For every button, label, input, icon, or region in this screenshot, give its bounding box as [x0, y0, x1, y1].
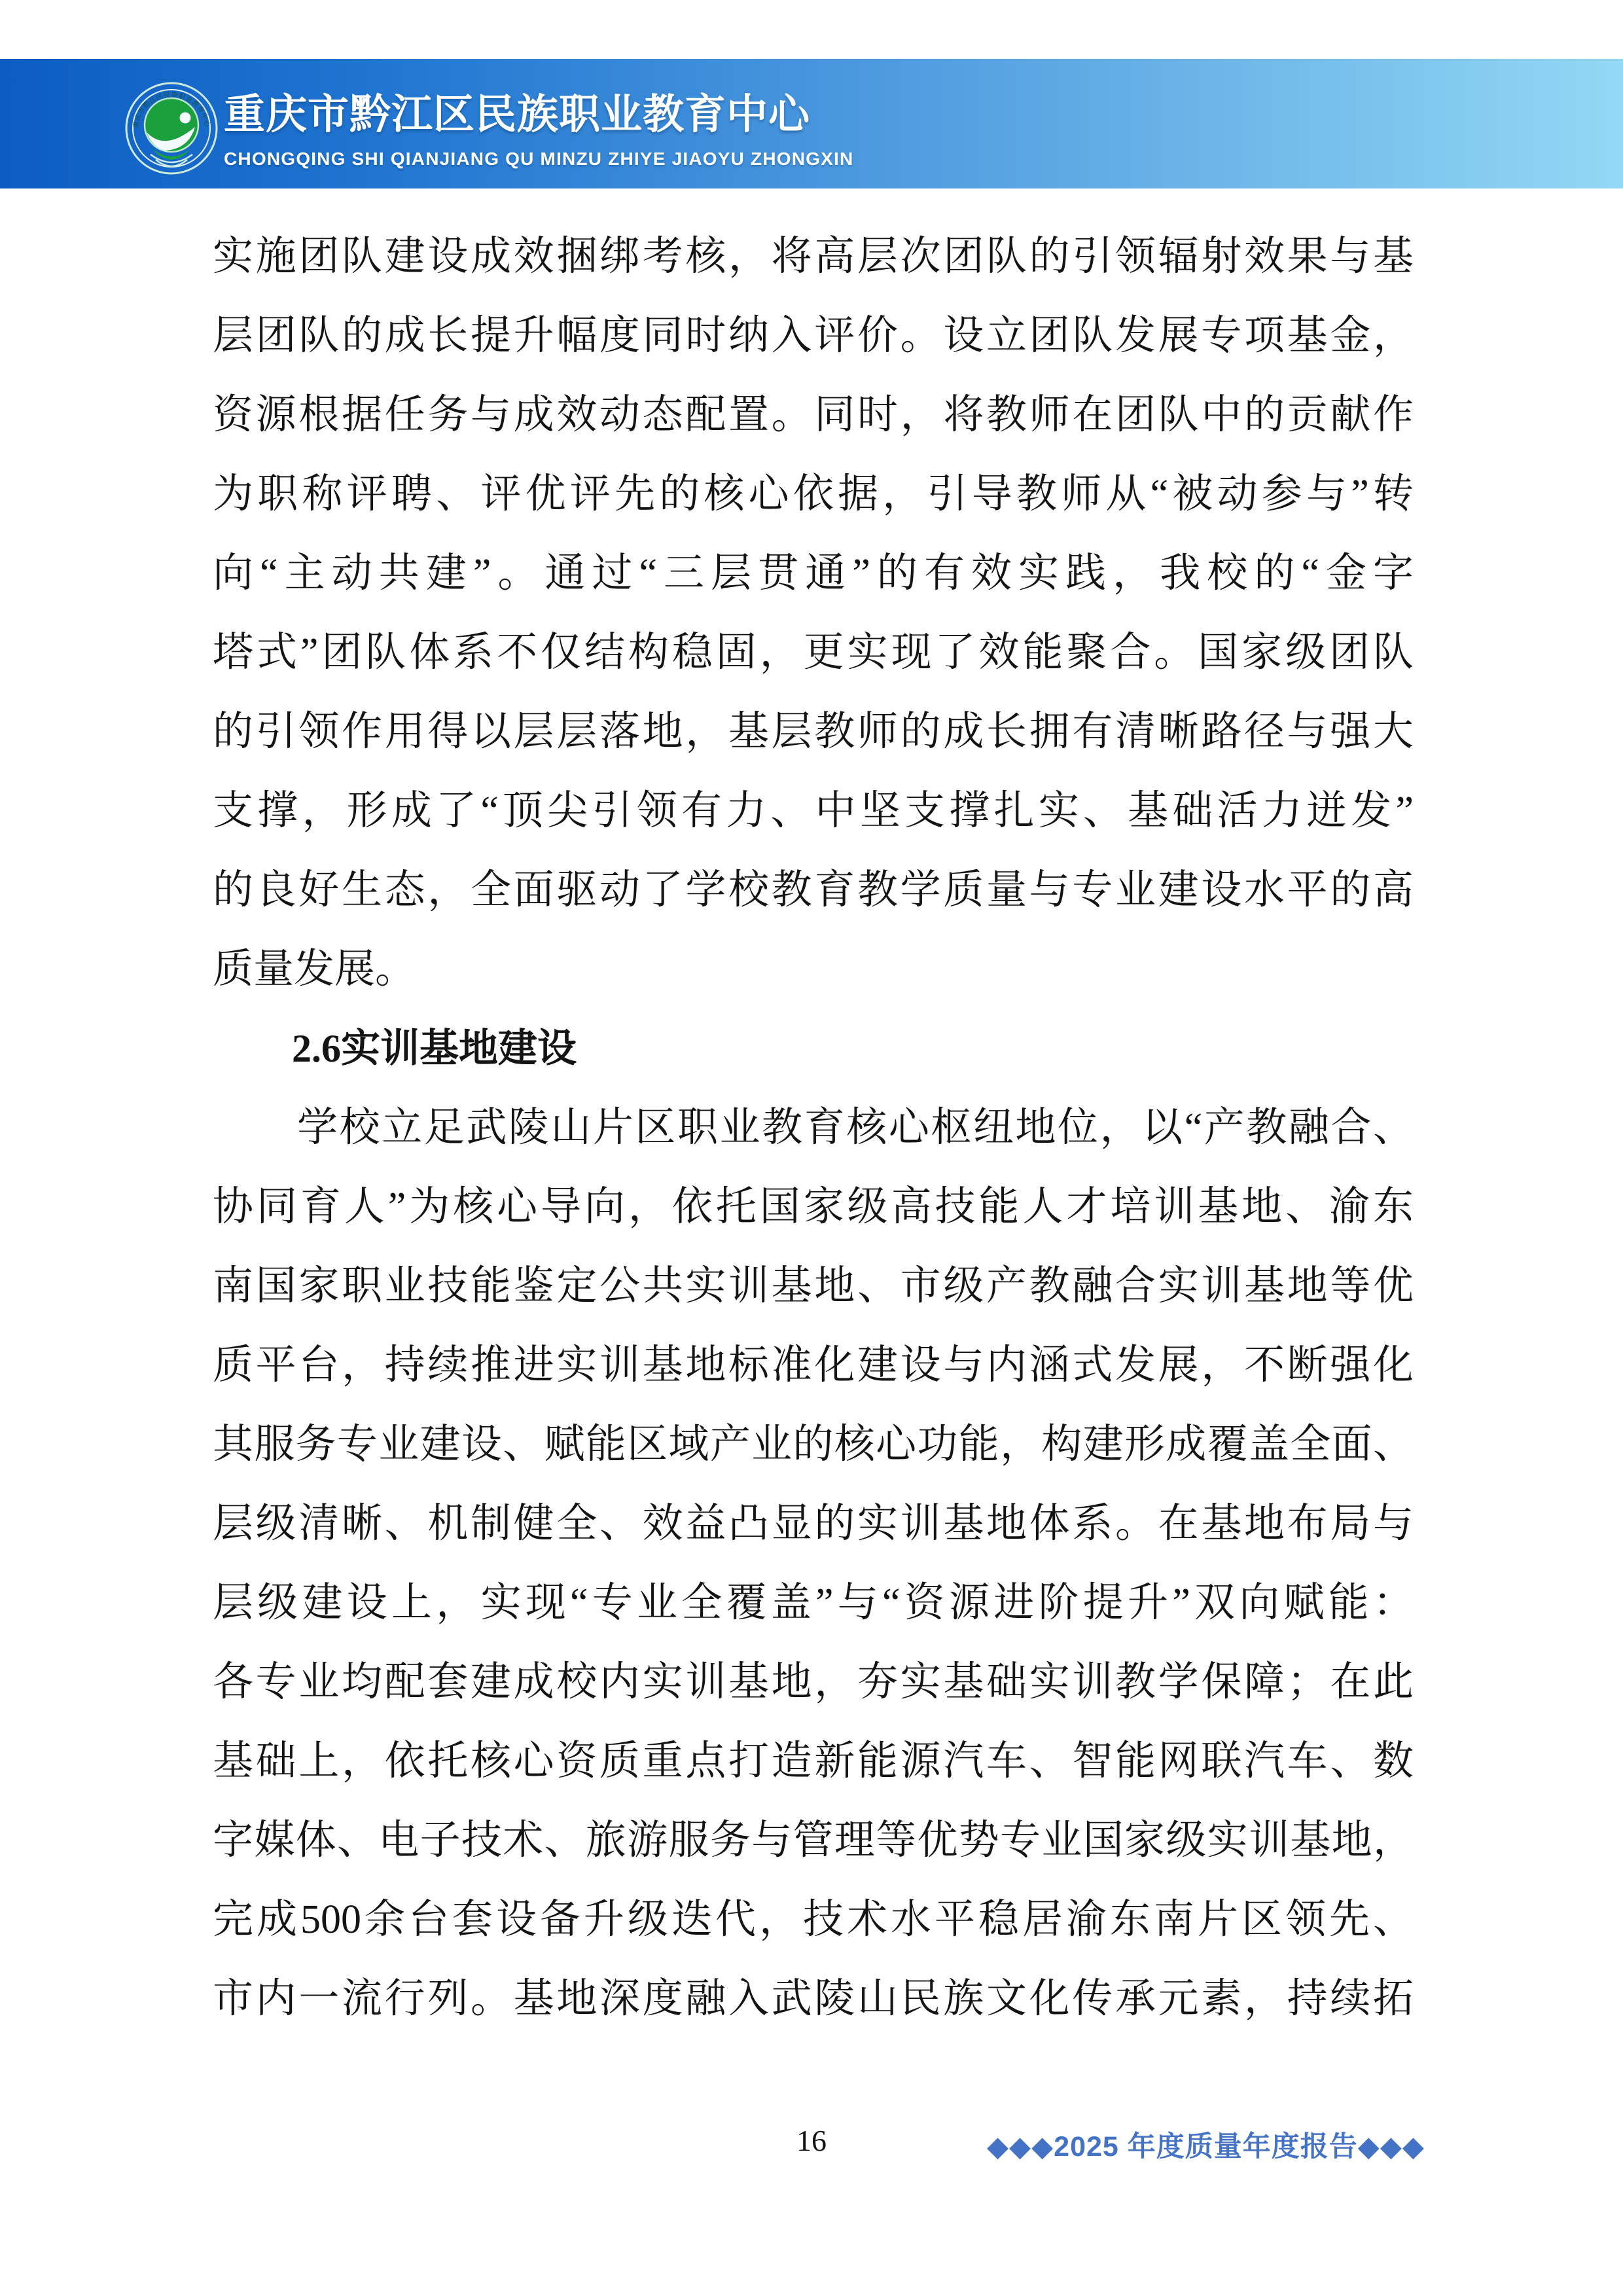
- school-logo-emblem: 重庆市黔江区民族职业教育中心: [124, 81, 219, 175]
- text-line: 实施团队建设成效捆绑考核，将高层次团队的引领辐射效果与基: [213, 217, 1414, 296]
- text-line: 塔式”团队体系不仅结构稳固，更实现了效能聚合。国家级团队: [213, 613, 1414, 692]
- text-line: 层级清晰、机制健全、效益凸显的实训基地体系。在基地布局与: [213, 1484, 1414, 1564]
- text-line: 资源根据任务与成效动态配置。同时，将教师在团队中的贡献作: [213, 376, 1414, 455]
- header-title: 重庆市黔江区民族职业教育中心: [224, 90, 853, 140]
- text-line: 完成500余台套设备升级迭代，技术水平稳居渝东南片区领先、: [213, 1880, 1414, 1960]
- text-line: 支撑，形成了“顶尖引领有力、中坚支撑扎实、基础活力迸发”: [213, 772, 1414, 851]
- header-titles: 重庆市黔江区民族职业教育中心 CHONGQING SHI QIANJIANG Q…: [224, 90, 853, 169]
- text-line: 的良好生态，全面驱动了学校教育教学质量与专业建设水平的高: [213, 851, 1414, 930]
- text-line: 协同育人”为核心导向，依托国家级高技能人才培训基地、渝东: [213, 1168, 1414, 1247]
- page-body: 实施团队建设成效捆绑考核，将高层次团队的引领辐射效果与基层团队的成长提升幅度同时…: [213, 217, 1414, 2039]
- text-line: 层团队的成长提升幅度同时纳入评价。设立团队发展专项基金，: [213, 296, 1414, 376]
- footer-report-label: ◆◆◆2025 年度质量年度报告◆◆◆: [987, 2125, 1425, 2164]
- text-line: 向“主动共建”。通过“三层贯通”的有效实践，我校的“金字: [213, 534, 1414, 613]
- paragraph-team-assessment: 实施团队建设成效捆绑考核，将高层次团队的引领辐射效果与基层团队的成长提升幅度同时…: [213, 217, 1414, 1009]
- header-subtitle: CHONGQING SHI QIANJIANG QU MINZU ZHIYE J…: [224, 149, 853, 170]
- text-line: 学校立足武陵山片区职业教育核心枢纽地位，以“产教融合、: [213, 1088, 1414, 1168]
- text-line: 层级建设上，实现“专业全覆盖”与“资源进阶提升”双向赋能：: [213, 1564, 1414, 1643]
- text-line: 其服务专业建设、赋能区域产业的核心功能，构建形成覆盖全面、: [213, 1405, 1414, 1484]
- text-line: 质平台，持续推进实训基地标准化建设与内涵式发展，不断强化: [213, 1326, 1414, 1405]
- paragraph-training-base: 学校立足武陵山片区职业教育核心枢纽地位，以“产教融合、协同育人”为核心导向，依托…: [213, 1088, 1414, 2039]
- text-line: 各专业均配套建成校内实训基地，夯实基础实训教学保障；在此: [213, 1643, 1414, 1722]
- text-line: 字媒体、电子技术、旅游服务与管理等优势专业国家级实训基地，: [213, 1801, 1414, 1880]
- text-line: 市内一流行列。基地深度融入武陵山民族文化传承元素，持续拓: [213, 1960, 1414, 2039]
- text-line: 的引领作用得以层层落地，基层教师的成长拥有清晰路径与强大: [213, 692, 1414, 772]
- text-line: 基础上，依托核心资质重点打造新能源汽车、智能网联汽车、数: [213, 1722, 1414, 1801]
- text-line: 为职称评聘、评优评先的核心依据，引导教师从“被动参与”转: [213, 455, 1414, 534]
- text-line: 质量发展。: [213, 930, 1414, 1009]
- document-page: 重庆市黔江区民族职业教育中心 重庆市黔江区民族职业教育中心 CHONGQING …: [0, 0, 1623, 2296]
- section-heading-2-6: 2.6实训基地建设: [213, 1009, 1414, 1088]
- school-emblem-icon: 重庆市黔江区民族职业教育中心: [124, 81, 219, 175]
- text-line: 南国家职业技能鉴定公共实训基地、市级产教融合实训基地等优: [213, 1247, 1414, 1326]
- page-header: 重庆市黔江区民族职业教育中心 重庆市黔江区民族职业教育中心 CHONGQING …: [0, 59, 1623, 188]
